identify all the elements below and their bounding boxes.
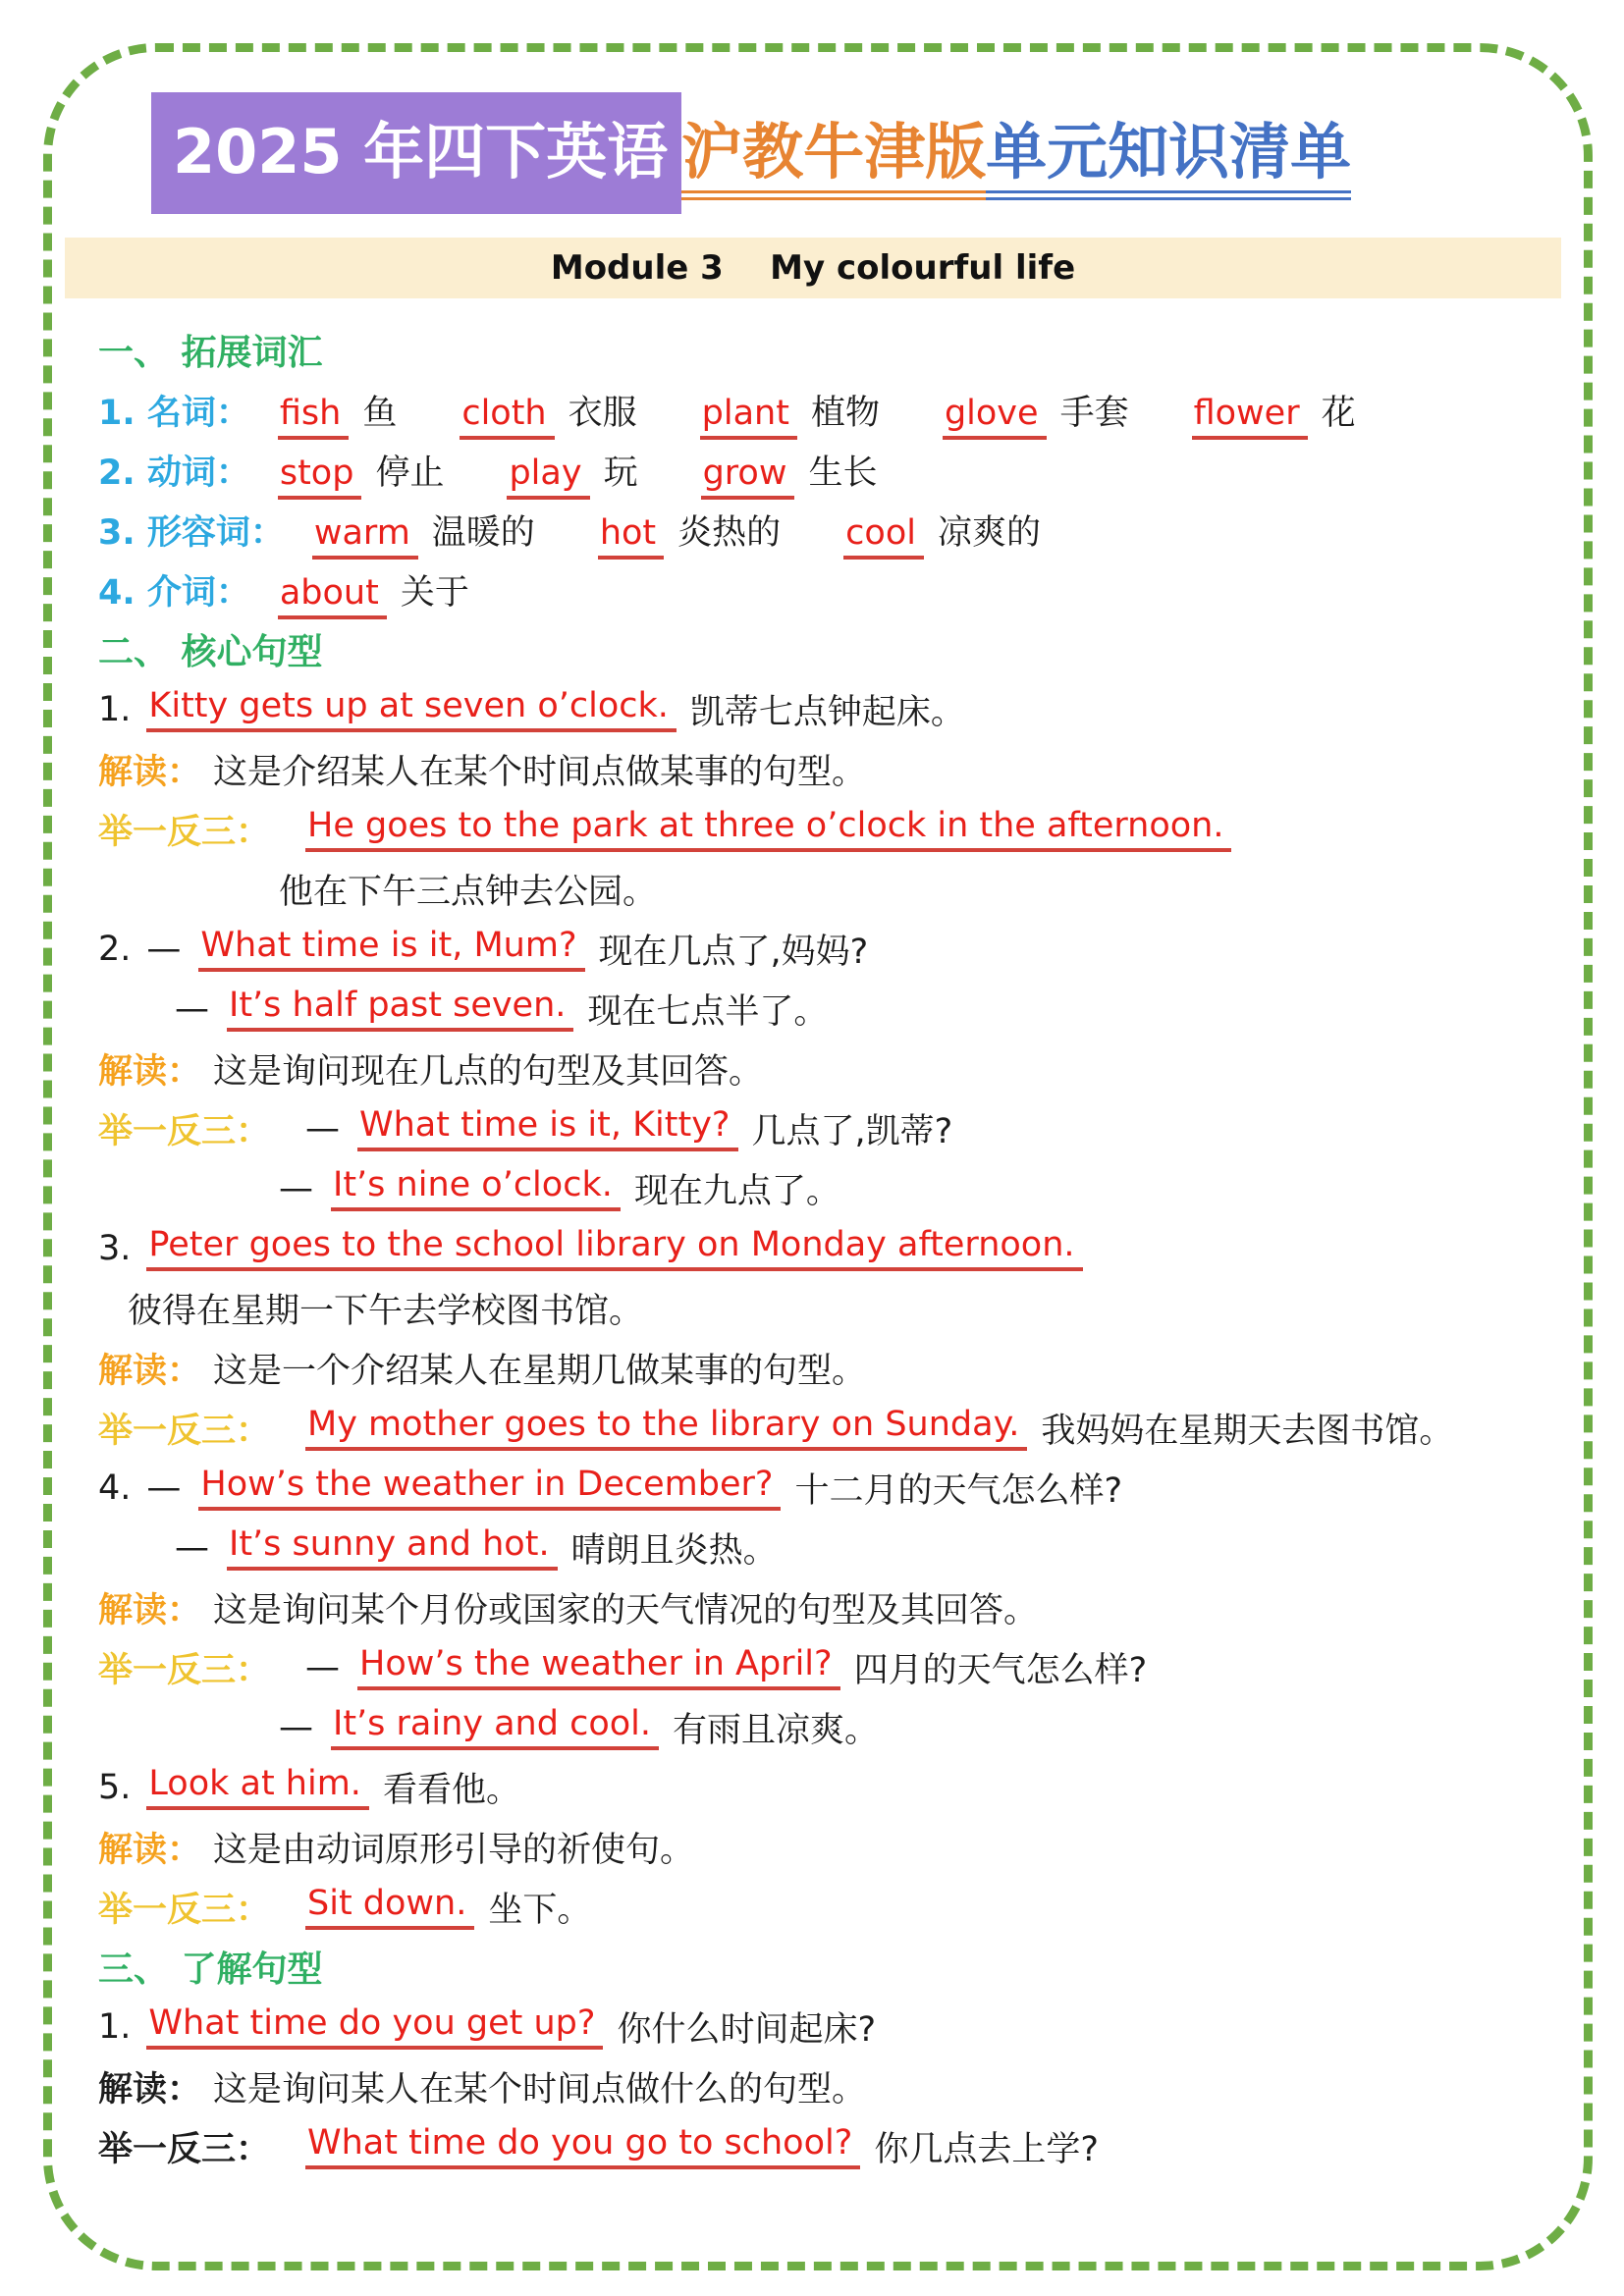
content-area: 2025 年四下英语沪教牛津版单元知识清单 Module 3 My colour…	[65, 51, 1561, 2176]
vocab-label: 4. 介词：	[98, 565, 250, 614]
chinese-text: 你什么时间起床?	[617, 2002, 876, 2052]
module-banner-text: Module 3 My colourful life	[551, 248, 1075, 288]
item-number: 3.	[98, 1229, 131, 1268]
dash-mark: —	[146, 1468, 181, 1508]
english-sentence: How’s the weather in April?	[357, 1644, 840, 1690]
chinese-text: 我妈妈在星期天去图书馆。	[1041, 1404, 1453, 1453]
english-word: cloth	[460, 394, 554, 440]
chinese-meaning: 衣服	[568, 394, 637, 433]
english-word: plant	[700, 394, 797, 440]
title-highlight: 2025 年四下英语	[151, 92, 681, 214]
english-sentence: How’s the weather in December?	[198, 1465, 781, 1511]
annotation-label: 解读：	[98, 1583, 201, 1632]
chinese-text: 有雨且凉爽。	[673, 1703, 879, 1752]
item-number: 2.	[98, 930, 131, 969]
annotation-label: 解读：	[98, 745, 201, 794]
page-title: 2025 年四下英语沪教牛津版单元知识清单	[65, 92, 1561, 214]
vocab-label: 1. 名词：	[98, 386, 250, 435]
english-sentence: It’s sunny and hot.	[227, 1524, 558, 1571]
sentence-line: 解读：这是介绍某人在某个时间点做某事的句型。	[98, 739, 1561, 799]
chinese-text: 这是询问某个月份或国家的天气情况的句型及其回答。	[213, 1583, 1038, 1632]
chinese-meaning: 花	[1322, 394, 1356, 433]
sentence-line: 举一反三：—How’s the weather in April?四月的天气怎么…	[98, 1637, 1561, 1697]
english-word: warm	[312, 513, 418, 560]
sentence-line: —It’s sunny and hot.晴朗且炎热。	[98, 1518, 1561, 1577]
sentence-line: 1.What time do you get up?你什么时间起床?	[98, 1997, 1561, 2056]
vocab-entry: flower花	[1192, 386, 1356, 435]
sentence-line: —It’s rainy and cool.有雨且凉爽。	[98, 1697, 1561, 1757]
sentence-line: 举一反三：What time do you go to school?你几点去上…	[98, 2116, 1561, 2176]
sentence-line: 举一反三：Sit down.坐下。	[98, 1877, 1561, 1937]
sentence-line: —It’s half past seven.现在七点半了。	[98, 979, 1561, 1039]
english-sentence: It’s nine o’clock.	[331, 1165, 621, 1211]
sentence-line: 举一反三：—What time is it, Kitty?几点了,凯蒂?	[98, 1098, 1561, 1158]
dash-mark: —	[146, 930, 181, 969]
chinese-meaning: 鱼	[362, 394, 397, 433]
sentence-line: 1.Kitty gets up at seven o’clock.凯蒂七点钟起床…	[98, 679, 1561, 739]
chinese-meaning: 手套	[1060, 394, 1129, 433]
english-sentence: Sit down.	[305, 1884, 474, 1930]
chinese-text: 这是介绍某人在某个时间点做某事的句型。	[213, 745, 866, 794]
chinese-meaning: 温暖的	[432, 513, 535, 553]
chinese-text: 这是询问某人在某个时间点做什么的句型。	[213, 2062, 866, 2111]
english-word: hot	[598, 513, 664, 560]
vocab-entry: play玩	[507, 446, 637, 495]
sentence-line: 举一反三：My mother goes to the library on Su…	[98, 1398, 1561, 1458]
english-sentence: What time do you go to school?	[305, 2123, 860, 2169]
dash-mark: —	[305, 1648, 340, 1687]
vocab-row: 1. 名词：fish鱼cloth衣服plant植物glove手套flower花	[98, 380, 1561, 440]
annotation-label: 举一反三：	[98, 1883, 270, 1932]
chinese-text: 现在七点半了。	[587, 985, 828, 1034]
english-word: fish	[278, 394, 349, 440]
section-heading: 二、 核心句型	[98, 619, 1561, 679]
vocab-row: 3. 形容词：warm温暖的hot炎热的cool凉爽的	[98, 500, 1561, 560]
sentence-line: 4.—How’s the weather in December?十二月的天气怎…	[98, 1458, 1561, 1518]
chinese-meaning: 玩	[604, 454, 638, 493]
chinese-text: 坐下。	[488, 1883, 591, 1932]
vocab-entry: hot炎热的	[598, 506, 781, 555]
chinese-meaning: 凉爽的	[938, 513, 1041, 553]
vocab-row: 4. 介词：about关于	[98, 560, 1561, 619]
english-sentence: Kitty gets up at seven o’clock.	[146, 686, 677, 732]
chinese-meaning: 关于	[401, 573, 469, 613]
chinese-text: 这是询问现在几点的句型及其回答。	[213, 1044, 763, 1094]
vocab-entry: about关于	[278, 565, 469, 614]
chinese-text: 几点了,凯蒂?	[752, 1104, 953, 1153]
sentence-line: 2.—What time is it, Mum?现在几点了,妈妈?	[98, 919, 1561, 979]
vocab-entry: plant植物	[700, 386, 880, 435]
annotation-label: 解读：	[98, 2062, 201, 2111]
item-number: 1.	[98, 690, 131, 729]
vocab-entry: cool凉爽的	[843, 506, 1041, 555]
english-word: cool	[843, 513, 924, 560]
title-edition: 沪教牛津版	[681, 122, 986, 200]
chinese-text: 这是由动词原形引导的祈使句。	[213, 1823, 694, 1872]
chinese-meaning: 炎热的	[677, 513, 781, 553]
sentence-line: 解读：这是由动词原形引导的祈使句。	[98, 1817, 1561, 1877]
english-sentence: He goes to the park at three o’clock in …	[305, 806, 1231, 852]
annotation-label: 解读：	[98, 1344, 201, 1393]
chinese-text: 这是一个介绍某人在星期几做某事的句型。	[213, 1344, 866, 1393]
vocab-entry: grow生长	[701, 446, 878, 495]
sentence-line: —It’s nine o’clock.现在九点了。	[98, 1158, 1561, 1218]
annotation-label: 解读：	[98, 1823, 201, 1872]
dash-mark: —	[175, 1528, 209, 1568]
section-heading: 三、 了解句型	[98, 1937, 1561, 1997]
sentence-line: 解读：这是询问现在几点的句型及其回答。	[98, 1039, 1561, 1098]
item-number: 4.	[98, 1468, 131, 1508]
english-word: flower	[1192, 394, 1308, 440]
chinese-text: 十二月的天气怎么样?	[794, 1464, 1122, 1513]
item-number: 1.	[98, 2007, 131, 2047]
english-word: about	[278, 573, 387, 619]
chinese-text: 现在几点了,妈妈?	[599, 925, 869, 974]
english-word: play	[507, 454, 589, 500]
dash-mark: —	[305, 1109, 340, 1148]
sentence-line: 解读：这是一个介绍某人在星期几做某事的句型。	[98, 1338, 1561, 1398]
vocab-label: 3. 形容词：	[98, 506, 285, 555]
sentence-line: 3.Peter goes to the school library on Mo…	[98, 1218, 1561, 1278]
sentence-line: 解读：这是询问某个月份或国家的天气情况的句型及其回答。	[98, 1577, 1561, 1637]
chinese-text: 四月的天气怎么样?	[854, 1643, 1148, 1692]
sentence-line: 他在下午三点钟去公园。	[98, 859, 1561, 919]
english-word: glove	[943, 394, 1047, 440]
section-heading: 一、 拓展词汇	[98, 320, 1561, 380]
dash-mark: —	[279, 1708, 313, 1747]
chinese-meaning: 植物	[811, 394, 880, 433]
vocab-entry: glove手套	[943, 386, 1129, 435]
english-sentence: Peter goes to the school library on Mond…	[146, 1225, 1082, 1271]
module-banner: Module 3 My colourful life	[65, 238, 1561, 298]
document-body: 一、 拓展词汇1. 名词：fish鱼cloth衣服plant植物glove手套f…	[65, 320, 1561, 2176]
chinese-meaning: 生长	[808, 454, 877, 493]
english-word: stop	[278, 454, 362, 500]
english-word: grow	[701, 454, 795, 500]
item-number: 5.	[98, 1768, 131, 1807]
english-sentence: It’s half past seven.	[227, 986, 573, 1032]
vocab-entry: cloth衣服	[460, 386, 636, 435]
annotation-label: 举一反三：	[98, 1643, 270, 1692]
vocab-label: 2. 动词：	[98, 446, 250, 495]
chinese-text: 凯蒂七点钟起床。	[690, 685, 965, 734]
chinese-text: 晴朗且炎热。	[571, 1523, 778, 1573]
annotation-label: 举一反三：	[98, 2122, 270, 2171]
english-sentence: What time is it, Mum?	[198, 926, 584, 972]
vocab-entry: warm温暖的	[312, 506, 535, 555]
annotation-label: 举一反三：	[98, 1404, 270, 1453]
annotation-label: 解读：	[98, 1044, 201, 1094]
chinese-text: 你几点去上学?	[874, 2122, 1099, 2171]
chinese-text: 彼得在星期一下午去学校图书馆。	[128, 1284, 643, 1333]
english-sentence: My mother goes to the library on Sunday.	[305, 1405, 1027, 1451]
title-subtitle: 单元知识清单	[986, 122, 1351, 200]
english-sentence: What time do you get up?	[146, 2003, 603, 2050]
chinese-text: 他在下午三点钟去公园。	[279, 865, 657, 914]
vocab-row: 2. 动词：stop停止play玩grow生长	[98, 440, 1561, 500]
chinese-text: 看看他。	[383, 1763, 520, 1812]
sentence-line: 5.Look at him.看看他。	[98, 1757, 1561, 1817]
english-sentence: What time is it, Kitty?	[357, 1105, 737, 1151]
chinese-meaning: 停止	[375, 454, 444, 493]
vocab-entry: fish鱼	[278, 386, 397, 435]
sentence-line: 举一反三：He goes to the park at three o’cloc…	[98, 799, 1561, 859]
annotation-label: 举一反三：	[98, 805, 270, 854]
sentence-line: 解读：这是询问某人在某个时间点做什么的句型。	[98, 2056, 1561, 2116]
english-sentence: It’s rainy and cool.	[331, 1704, 659, 1750]
chinese-text: 现在九点了。	[634, 1164, 840, 1213]
vocab-entry: stop停止	[278, 446, 445, 495]
english-sentence: Look at him.	[146, 1764, 369, 1810]
dash-mark: —	[175, 989, 209, 1029]
dash-mark: —	[279, 1169, 313, 1208]
annotation-label: 举一反三：	[98, 1104, 270, 1153]
sentence-line: 彼得在星期一下午去学校图书馆。	[98, 1278, 1561, 1338]
